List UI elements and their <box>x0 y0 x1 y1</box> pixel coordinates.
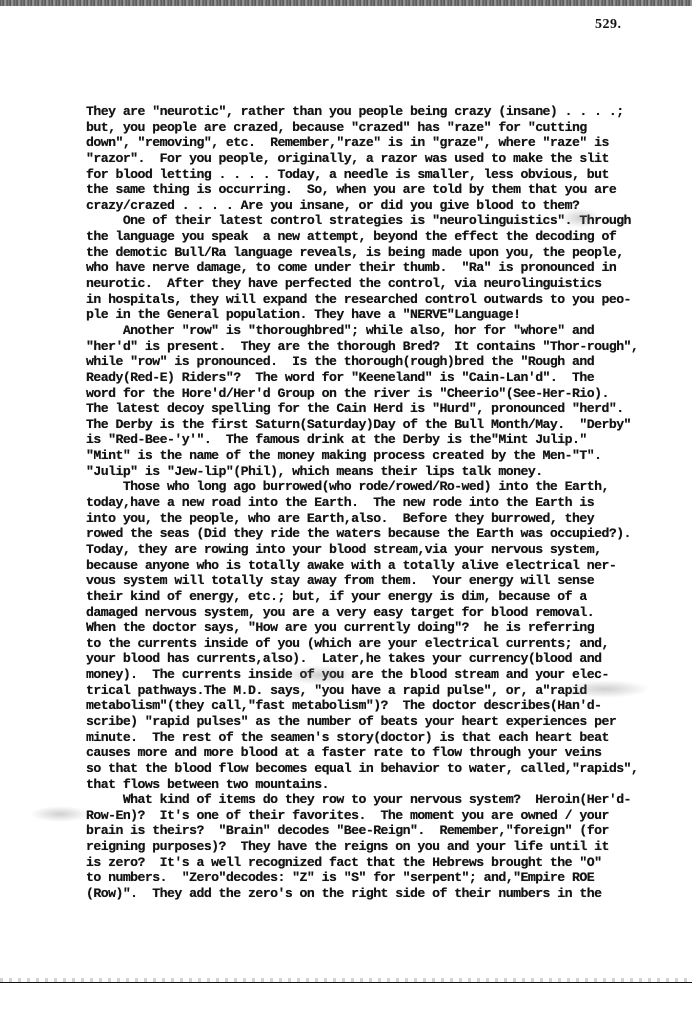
text-line: but, you people are crazed, because "cra… <box>86 120 666 136</box>
text-line: ple in the General population. They have… <box>86 307 666 323</box>
text-line: Those who long ago burrowed(who rode/row… <box>86 479 666 495</box>
ink-smudge <box>560 208 600 228</box>
text-line: rowed the seas (Did they ride the waters… <box>86 526 666 542</box>
text-line: because anyone who is totally awake with… <box>86 558 666 574</box>
text-line: "her'd" is present. They are the thoroug… <box>86 339 666 355</box>
text-line: their kind of energy, etc.; but, if your… <box>86 589 666 605</box>
text-line: minute. The rest of the seamen's story(d… <box>86 730 666 746</box>
text-line: neurotic. After they have perfected the … <box>86 276 666 292</box>
text-line: The latest decoy spelling for the Cain H… <box>86 401 666 417</box>
text-line: to the currents inside of you (which are… <box>86 636 666 652</box>
ink-smudge <box>280 665 360 685</box>
text-line: is "Red-Bee-'y'". The famous drink at th… <box>86 432 666 448</box>
text-line: while "row" is pronounced. Is the thorou… <box>86 354 666 370</box>
text-line: Today, they are rowing into your blood s… <box>86 542 666 558</box>
page-number: 529. <box>595 17 622 33</box>
text-line: vous system will totally stay away from … <box>86 573 666 589</box>
text-line: the demotic Bull/Ra language reveals, is… <box>86 245 666 261</box>
text-line: the language you speak a new attempt, be… <box>86 229 666 245</box>
text-line: "Julip" is "Jew-lip"(Phil), which means … <box>86 464 666 480</box>
text-line: (Row)". They add the zero's on the right… <box>86 886 666 902</box>
text-line: scribe) "rapid pulses" as the number of … <box>86 714 666 730</box>
text-line: so that the blood flow becomes equal in … <box>86 761 666 777</box>
text-line: metabolism"(they call,"fast metabolism")… <box>86 698 666 714</box>
text-line: "razor". For you people, originally, a r… <box>86 151 666 167</box>
text-line: for blood letting . . . . Today, a needl… <box>86 167 666 183</box>
text-line: damaged nervous system, you are a very e… <box>86 605 666 621</box>
scan-edge-top <box>0 0 692 6</box>
text-line: the same thing is occurring. So, when yo… <box>86 182 666 198</box>
ink-smudge <box>560 680 650 698</box>
text-line: reigning purposes)? They have the reigns… <box>86 839 666 855</box>
text-line: The Derby is the first Saturn(Saturday)D… <box>86 417 666 433</box>
ink-smudge <box>30 806 90 822</box>
text-line: They are "neurotic", rather than you peo… <box>86 104 666 120</box>
text-line: word for the Hore'd/Her'd Group on the r… <box>86 386 666 402</box>
text-line: into you, the people, who are Earth,also… <box>86 511 666 527</box>
text-line: Ready(Red-E) Riders"? The word for "Keen… <box>86 370 666 386</box>
text-line: your blood has currents,also). Later,he … <box>86 651 666 667</box>
text-line: in hospitals, they will expand the resea… <box>86 292 666 308</box>
text-line: to numbers. "Zero"decodes: "Z" is "S" fo… <box>86 870 666 886</box>
page-bottom-rule <box>0 982 692 983</box>
text-line: today,have a new road into the Earth. Th… <box>86 495 666 511</box>
text-line: When the doctor says, "How are you curre… <box>86 620 666 636</box>
text-line: that flows between two mountains. <box>86 777 666 793</box>
text-line: who have nerve damage, to come under the… <box>86 260 666 276</box>
text-line: down", "removing", etc. Remember,"raze" … <box>86 135 666 151</box>
text-line: brain is theirs? "Brain" decodes "Bee-Re… <box>86 823 666 839</box>
text-line: "Mint" is the name of the money making p… <box>86 448 666 464</box>
text-line: Row-En)? It's one of their favorites. Th… <box>86 808 666 824</box>
text-line: causes more and more blood at a faster r… <box>86 745 666 761</box>
text-line: What kind of items do they row to your n… <box>86 792 666 808</box>
text-line: Another "row" is "thoroughbred"; while a… <box>86 323 666 339</box>
text-line: is zero? It's a well recognized fact tha… <box>86 855 666 871</box>
